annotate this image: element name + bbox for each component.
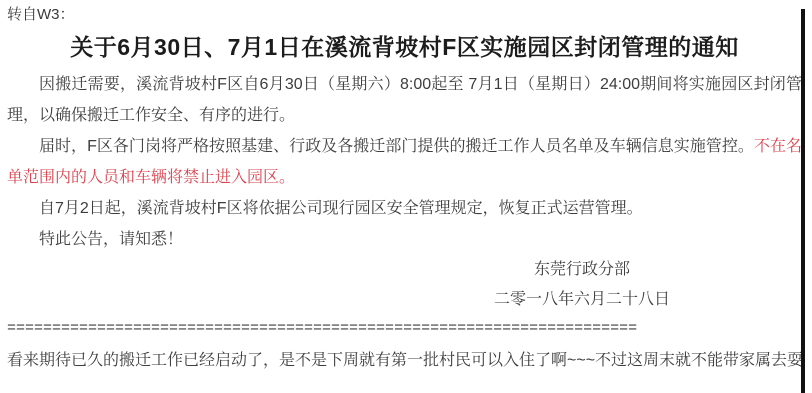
right-border-line: [801, 9, 805, 393]
notice-paragraph-2-text: 届时，F区各门岗将严格按照基建、行政及各搬迁部门提供的搬迁工作人员名单及车辆信息…: [39, 138, 754, 155]
notice-title: 关于6月30日、7月1日在溪流背坡村F区实施园区封闭管理的通知: [7, 30, 802, 64]
notice-paragraph-1: 因搬迁需要，溪流背坡村F区自6月30日（星期六）8:00起至 7月1日（星期日）…: [7, 69, 802, 131]
forward-source-label: 转自W3：: [7, 4, 802, 25]
notice-page: 转自W3： 关于6月30日、7月1日在溪流背坡村F区实施园区封闭管理的通知 因搬…: [0, 0, 812, 393]
signature-department: 东莞行政分部: [347, 255, 812, 285]
notice-paragraph-2: 届时，F区各门岗将严格按照基建、行政及各搬迁部门提供的搬迁工作人员名单及车辆信息…: [7, 131, 802, 193]
signature-block: 东莞行政分部 二零一八年六月二十八日: [347, 255, 812, 315]
equals-divider: ========================================…: [7, 319, 802, 339]
notice-paragraph-4: 特此公告，请知悉！: [7, 224, 802, 255]
signature-date: 二零一八年六月二十八日: [347, 285, 812, 315]
notice-paragraph-3: 自7月2日起，溪流背坡村F区将依据公司现行园区安全管理规定，恢复正式运营管理。: [7, 193, 802, 224]
notice-content: 转自W3： 关于6月30日、7月1日在溪流背坡村F区实施园区封闭管理的通知 因搬…: [0, 0, 812, 376]
reader-comment: 看来期待已久的搬迁工作已经启动了，是不是下周就有第一批村民可以入住了啊~~~不过…: [7, 345, 802, 376]
